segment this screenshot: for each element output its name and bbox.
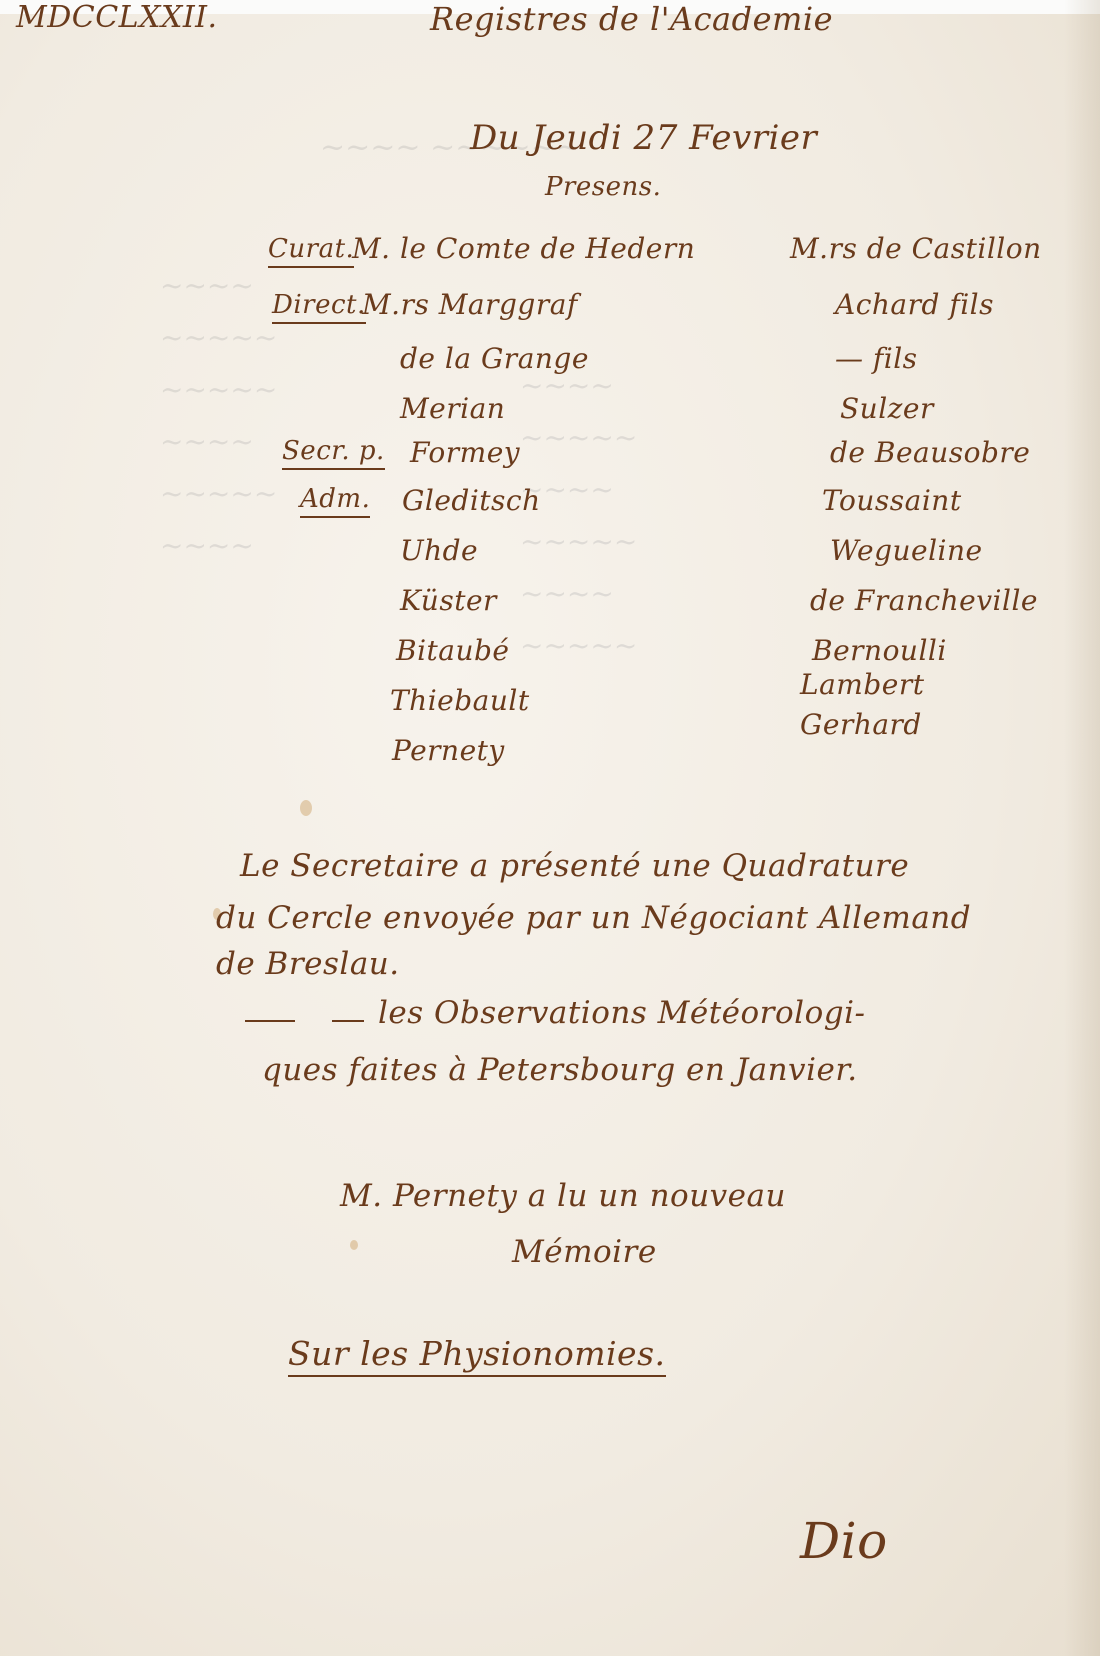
- member-left: Bitaubé: [396, 634, 510, 667]
- closing-mark: Dio: [800, 1512, 888, 1570]
- role-administrator: Adm.: [300, 484, 370, 518]
- member-right: Wegueline: [830, 534, 983, 567]
- page-edge-shadow: [1064, 0, 1100, 1656]
- minutes-paragraph-2-line-2: ques faites à Petersbourg en Janvier.: [262, 1052, 858, 1088]
- member-left: Merian: [400, 392, 505, 425]
- member-right: Lambert: [800, 668, 924, 701]
- paper-stain: [350, 1240, 358, 1250]
- member-left: Gleditsch: [402, 484, 541, 517]
- minutes-paragraph-3-line-2: Mémoire: [512, 1234, 657, 1270]
- member-left: Uhde: [400, 534, 478, 567]
- member-right: de Francheville: [810, 584, 1038, 617]
- minutes-paragraph-3-line-1: M. Pernety a lu un nouveau: [340, 1178, 786, 1214]
- member-left: M. le Comte de Hedern: [352, 232, 695, 265]
- page-title: Registres de l'Academie: [430, 0, 833, 38]
- member-left: Formey: [410, 436, 520, 469]
- member-right: Sulzer: [840, 392, 934, 425]
- member-left: de la Grange: [400, 342, 589, 375]
- member-right: Toussaint: [822, 484, 962, 517]
- minutes-paragraph-1-line-1: Le Secretaire a présenté une Quadrature: [240, 848, 909, 884]
- member-right: de Beausobre: [830, 436, 1030, 469]
- member-right: Bernoulli: [812, 634, 947, 667]
- ditto-dash: [332, 1020, 364, 1022]
- bleed-through-text: ~~~~~~~~~~~~~~~~~~~~~~~~~~~: [160, 260, 277, 572]
- minutes-paragraph-1-line-3: de Breslau.: [216, 946, 400, 982]
- role-secretary: Secr. p.: [282, 436, 385, 470]
- member-left: M.rs Marggraf: [362, 288, 578, 321]
- ditto-dash: [245, 1020, 295, 1022]
- manuscript-page: ~~~~ ~~~~~~ ~~~~~~~~~~~~~~~~~~~~~~~~~~~ …: [0, 0, 1100, 1656]
- member-right: Achard fils: [835, 288, 994, 321]
- member-right: — fils: [835, 342, 918, 375]
- member-right: Gerhard: [800, 708, 922, 741]
- member-left: Pernety: [392, 734, 505, 767]
- member-left: Thiebault: [390, 684, 530, 717]
- present-heading: Presens.: [545, 172, 661, 202]
- member-right: M.rs de Castillon: [790, 232, 1042, 265]
- memoir-title: Sur les Physionomies.: [288, 1334, 666, 1377]
- paper-stain: [300, 800, 312, 816]
- role-director: Direct.: [272, 290, 366, 324]
- minutes-paragraph-2-line-1: les Observations Météorologi-: [378, 995, 865, 1031]
- role-curator: Curat.: [268, 234, 354, 268]
- meeting-date: Du Jeudi 27 Fevrier: [470, 118, 817, 158]
- member-left: Küster: [400, 584, 497, 617]
- minutes-paragraph-1-line-2: du Cercle envoyée par un Négociant Allem…: [216, 900, 971, 936]
- year-roman: MDCCLXXII.: [16, 0, 218, 35]
